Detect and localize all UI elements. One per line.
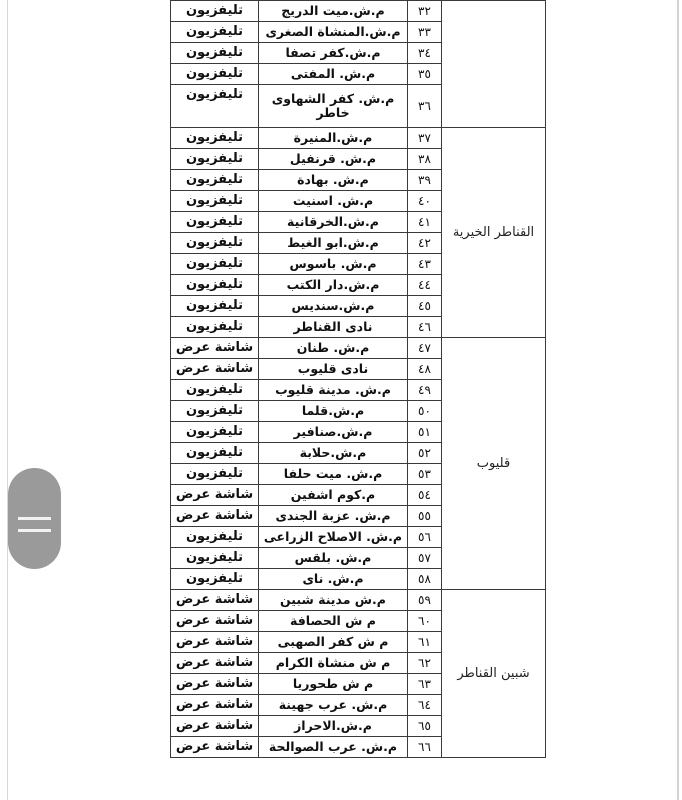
device-type-cell: شاشة عرض bbox=[171, 338, 259, 359]
number-cell: ٦٥ bbox=[408, 716, 442, 737]
number-cell: ٦٠ bbox=[408, 611, 442, 632]
number-cell: ٣٩ bbox=[408, 170, 442, 191]
number-cell: ٣٣ bbox=[408, 22, 442, 43]
device-type-cell: تليفزيون bbox=[171, 149, 259, 170]
device-type-cell: تليفزيون bbox=[171, 275, 259, 296]
device-type-cell: شاشة عرض bbox=[171, 716, 259, 737]
number-cell: ٤١ bbox=[408, 212, 442, 233]
number-cell: ٥٦ bbox=[408, 527, 442, 548]
device-type-cell: شاشة عرض bbox=[171, 737, 259, 758]
device-type-cell: تليفزيون bbox=[171, 527, 259, 548]
center-name-cell: م.ش. عرب جهينة bbox=[259, 695, 408, 716]
device-type-cell: شاشة عرض bbox=[171, 674, 259, 695]
table-row: شبين القناطر ٥٩ م.ش مدينة شبين شاشة عرض bbox=[171, 590, 546, 611]
number-cell: ٥١ bbox=[408, 422, 442, 443]
center-name-cell: م.ش مدينة شبين bbox=[259, 590, 408, 611]
device-type-cell: تليفزيون bbox=[171, 85, 259, 128]
center-name-cell: م.ش.ميت الدريج bbox=[259, 1, 408, 22]
device-type-cell: شاشة عرض bbox=[171, 611, 259, 632]
number-cell: ٦١ bbox=[408, 632, 442, 653]
number-cell: ٥٩ bbox=[408, 590, 442, 611]
table-row: ٣٢ م.ش.ميت الدريج تليفزيون bbox=[171, 1, 546, 22]
center-name-cell: م.ش. عزبة الجندى bbox=[259, 506, 408, 527]
device-type-cell: تليفزيون bbox=[171, 170, 259, 191]
center-name-cell: م.ش.المنيرة bbox=[259, 128, 408, 149]
center-name-cell: نادى القناطر bbox=[259, 317, 408, 338]
center-name-cell: م.ش. قرنفيل bbox=[259, 149, 408, 170]
table-body: ٣٢ م.ش.ميت الدريج تليفزيون ٣٣ م.ش.المنشا… bbox=[171, 1, 546, 758]
handle-bar-icon bbox=[18, 517, 51, 520]
device-type-cell: تليفزيون bbox=[171, 380, 259, 401]
device-type-cell: تليفزيون bbox=[171, 569, 259, 590]
device-type-cell: تليفزيون bbox=[171, 233, 259, 254]
centers-table: ٣٢ م.ش.ميت الدريج تليفزيون ٣٣ م.ش.المنشا… bbox=[170, 0, 546, 758]
center-name-cell: م ش الحصافة bbox=[259, 611, 408, 632]
device-type-cell: تليفزيون bbox=[171, 1, 259, 22]
number-cell: ٣٦ bbox=[408, 85, 442, 128]
device-type-cell: شاشة عرض bbox=[171, 485, 259, 506]
center-name-cell: م.ش.المنشاة الصغرى bbox=[259, 22, 408, 43]
device-type-cell: تليفزيون bbox=[171, 128, 259, 149]
center-name-cell: م ش طحوريا bbox=[259, 674, 408, 695]
device-type-cell: تليفزيون bbox=[171, 464, 259, 485]
number-cell: ٥٧ bbox=[408, 548, 442, 569]
device-type-cell: تليفزيون bbox=[171, 443, 259, 464]
center-name-cell: م.ش.حلابة bbox=[259, 443, 408, 464]
region-cell bbox=[442, 1, 546, 128]
number-cell: ٣٤ bbox=[408, 43, 442, 64]
device-type-cell: تليفزيون bbox=[171, 22, 259, 43]
number-cell: ٥٤ bbox=[408, 485, 442, 506]
device-type-cell: شاشة عرض bbox=[171, 359, 259, 380]
number-cell: ٤٣ bbox=[408, 254, 442, 275]
number-cell: ٤٦ bbox=[408, 317, 442, 338]
center-name-cell: م.ش. بلقس bbox=[259, 548, 408, 569]
center-name-cell: م.ش.سنديس bbox=[259, 296, 408, 317]
number-cell: ٥٠ bbox=[408, 401, 442, 422]
center-name-cell: م.ش. الاصلاح الزراعى bbox=[259, 527, 408, 548]
number-cell: ٤٠ bbox=[408, 191, 442, 212]
number-cell: ٣٥ bbox=[408, 64, 442, 85]
device-type-cell: شاشة عرض bbox=[171, 590, 259, 611]
center-name-cell: م.ش. طنان bbox=[259, 338, 408, 359]
center-name-cell: م.ش. مدينة قليوب bbox=[259, 380, 408, 401]
number-cell: ٤٥ bbox=[408, 296, 442, 317]
device-type-cell: تليفزيون bbox=[171, 296, 259, 317]
device-type-cell: تليفزيون bbox=[171, 43, 259, 64]
device-type-cell: شاشة عرض bbox=[171, 506, 259, 527]
number-cell: ٤٢ bbox=[408, 233, 442, 254]
device-type-cell: تليفزيون bbox=[171, 64, 259, 85]
center-name-cell: م.ش.ابو الغيط bbox=[259, 233, 408, 254]
center-name-cell: م.كوم اشفين bbox=[259, 485, 408, 506]
center-name-cell: م.ش. بهادة bbox=[259, 170, 408, 191]
number-cell: ٣٨ bbox=[408, 149, 442, 170]
number-cell: ٤٩ bbox=[408, 380, 442, 401]
center-name-cell: م.ش. عرب الصوالحة bbox=[259, 737, 408, 758]
center-name-cell: نادى قليوب bbox=[259, 359, 408, 380]
device-type-cell: تليفزيون bbox=[171, 212, 259, 233]
center-name-cell: م.ش.دار الكتب bbox=[259, 275, 408, 296]
number-cell: ٥٣ bbox=[408, 464, 442, 485]
center-name-cell: م.ش.كفر تصفا bbox=[259, 43, 408, 64]
handle-bar-icon bbox=[18, 529, 51, 532]
center-name-cell: م.ش.الاحراز bbox=[259, 716, 408, 737]
number-cell: ٦٣ bbox=[408, 674, 442, 695]
page-edge-left bbox=[7, 0, 8, 800]
number-cell: ٤٨ bbox=[408, 359, 442, 380]
region-cell: شبين القناطر bbox=[442, 590, 546, 758]
device-type-cell: تليفزيون bbox=[171, 422, 259, 443]
center-name-cell: م ش كفر الصهبى bbox=[259, 632, 408, 653]
device-type-cell: تليفزيون bbox=[171, 317, 259, 338]
number-cell: ٣٧ bbox=[408, 128, 442, 149]
table-row: القناطر الخيرية ٣٧ م.ش.المنيرة تليفزيون bbox=[171, 128, 546, 149]
number-cell: ٥٥ bbox=[408, 506, 442, 527]
device-type-cell: تليفزيون bbox=[171, 401, 259, 422]
number-cell: ٥٨ bbox=[408, 569, 442, 590]
center-name-cell: م ش منشاة الكرام bbox=[259, 653, 408, 674]
center-name-cell: م.ش. المفتى bbox=[259, 64, 408, 85]
center-name-cell: م.ش. ناى bbox=[259, 569, 408, 590]
center-name-cell: م.ش. كفر الشهاوى خاطر bbox=[259, 85, 408, 128]
center-name-cell: م.ش. اسنيت bbox=[259, 191, 408, 212]
device-type-cell: شاشة عرض bbox=[171, 695, 259, 716]
region-cell: قليوب bbox=[442, 338, 546, 590]
page-edge-right bbox=[677, 0, 679, 800]
drag-handle[interactable] bbox=[8, 468, 61, 569]
center-name-cell: م.ش. باسوس bbox=[259, 254, 408, 275]
region-cell: القناطر الخيرية bbox=[442, 128, 546, 338]
center-name-cell: م.ش.قلما bbox=[259, 401, 408, 422]
number-cell: ٦٤ bbox=[408, 695, 442, 716]
center-name-cell: م.ش.الخرقانية bbox=[259, 212, 408, 233]
number-cell: ٦٢ bbox=[408, 653, 442, 674]
center-name-cell: م.ش.صنافير bbox=[259, 422, 408, 443]
device-type-cell: شاشة عرض bbox=[171, 632, 259, 653]
number-cell: ٦٦ bbox=[408, 737, 442, 758]
device-type-cell: تليفزيون bbox=[171, 191, 259, 212]
table-row: قليوب ٤٧ م.ش. طنان شاشة عرض bbox=[171, 338, 546, 359]
device-type-cell: شاشة عرض bbox=[171, 653, 259, 674]
number-cell: ٥٢ bbox=[408, 443, 442, 464]
number-cell: ٤٤ bbox=[408, 275, 442, 296]
number-cell: ٣٢ bbox=[408, 1, 442, 22]
center-name-cell: م.ش. ميت حلفا bbox=[259, 464, 408, 485]
device-type-cell: تليفزيون bbox=[171, 548, 259, 569]
device-type-cell: تليفزيون bbox=[171, 254, 259, 275]
number-cell: ٤٧ bbox=[408, 338, 442, 359]
